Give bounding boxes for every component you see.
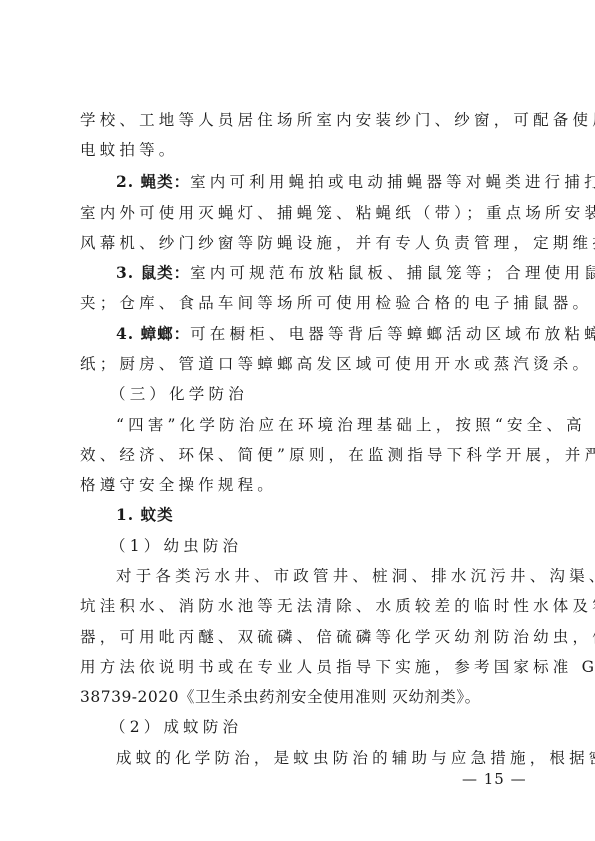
section-heading-rodents: 3. 鼠类： <box>116 263 190 282</box>
section-heading-mosquitoes: 1. 蚊类 <box>116 505 520 525</box>
text-line: 器，可用吡丙醚、双硫磷、倍硫磷等化学灭幼剂防治幼虫，使 <box>80 627 520 647</box>
subsection-heading-adult-control: （2）成蚊防治 <box>110 717 550 737</box>
text-line: 用方法依说明书或在专业人员指导下实施，参考国家标准 GB/T <box>80 657 520 677</box>
text-line: 坑洼积水、消防水池等无法清除、水质较差的临时性水体及容 <box>80 596 520 616</box>
text-line: 纸；厨房、管道口等蟑螂高发区域可使用开水或蒸汽烫杀。 <box>80 354 520 374</box>
text-span: 室内可规范布放粘鼠板、捕鼠笼等；合理使用鼠 <box>190 264 595 282</box>
section-heading-flies: 2. 蝇类： <box>116 172 190 191</box>
text-span: 可在橱柜、电器等背后等蟑螂活动区域布放粘蟑 <box>190 325 595 343</box>
text-line: 成蚊的化学防治，是蚊虫防治的辅助与应急措施，根据密 <box>116 748 520 768</box>
subsection-heading-chemical-control: （三）化学防治 <box>110 384 550 404</box>
text-line: 室内外可使用灭蝇灯、捕蝇笼、粘蝇纸（带）；重点场所安装 <box>80 203 520 223</box>
text-line: 学校、工地等人员居住场所室内安装纱门、纱窗，可配备使用 <box>80 110 520 130</box>
text-line: 对于各类污水井、市政管井、桩洞、排水沉污井、沟渠、 <box>116 566 520 586</box>
text-line: 38739-2020《卫生杀虫药剂安全使用准则 灭幼剂类》。 <box>80 687 520 707</box>
text-line: 电蚊拍等。 <box>80 140 520 160</box>
text-line: 风幕机、纱门纱窗等防蝇设施，并有专人负责管理，定期维护。 <box>80 233 520 253</box>
text-line: “四害”化学防治应在环境治理基础上，按照“安全、高 <box>116 415 520 435</box>
text-line: 夹；仓库、食品车间等场所可使用检验合格的电子捕鼠器。 <box>80 293 520 313</box>
paragraph-cockroaches: 4. 蟑螂：可在橱柜、电器等背后等蟑螂活动区域布放粘蟑 <box>116 324 520 344</box>
paragraph-rodents: 3. 鼠类：室内可规范布放粘鼠板、捕鼠笼等；合理使用鼠 <box>116 263 520 283</box>
section-heading-cockroaches: 4. 蟑螂： <box>116 324 190 343</box>
subsection-heading-larva-control: （1）幼虫防治 <box>110 536 550 556</box>
document-page: 学校、工地等人员居住场所室内安装纱门、纱窗，可配备使用 电蚊拍等。 2. 蝇类：… <box>0 0 595 841</box>
page-number: — 15 — <box>462 770 527 788</box>
text-span: 室内可利用蝇拍或电动捕蝇器等对蝇类进行捕打， <box>190 173 595 191</box>
text-line: 效、经济、环保、简便”原则，在监测指导下科学开展，并严 <box>80 445 520 465</box>
paragraph-flies: 2. 蝇类：室内可利用蝇拍或电动捕蝇器等对蝇类进行捕打， <box>116 172 520 192</box>
text-line: 格遵守安全操作规程。 <box>80 475 520 495</box>
